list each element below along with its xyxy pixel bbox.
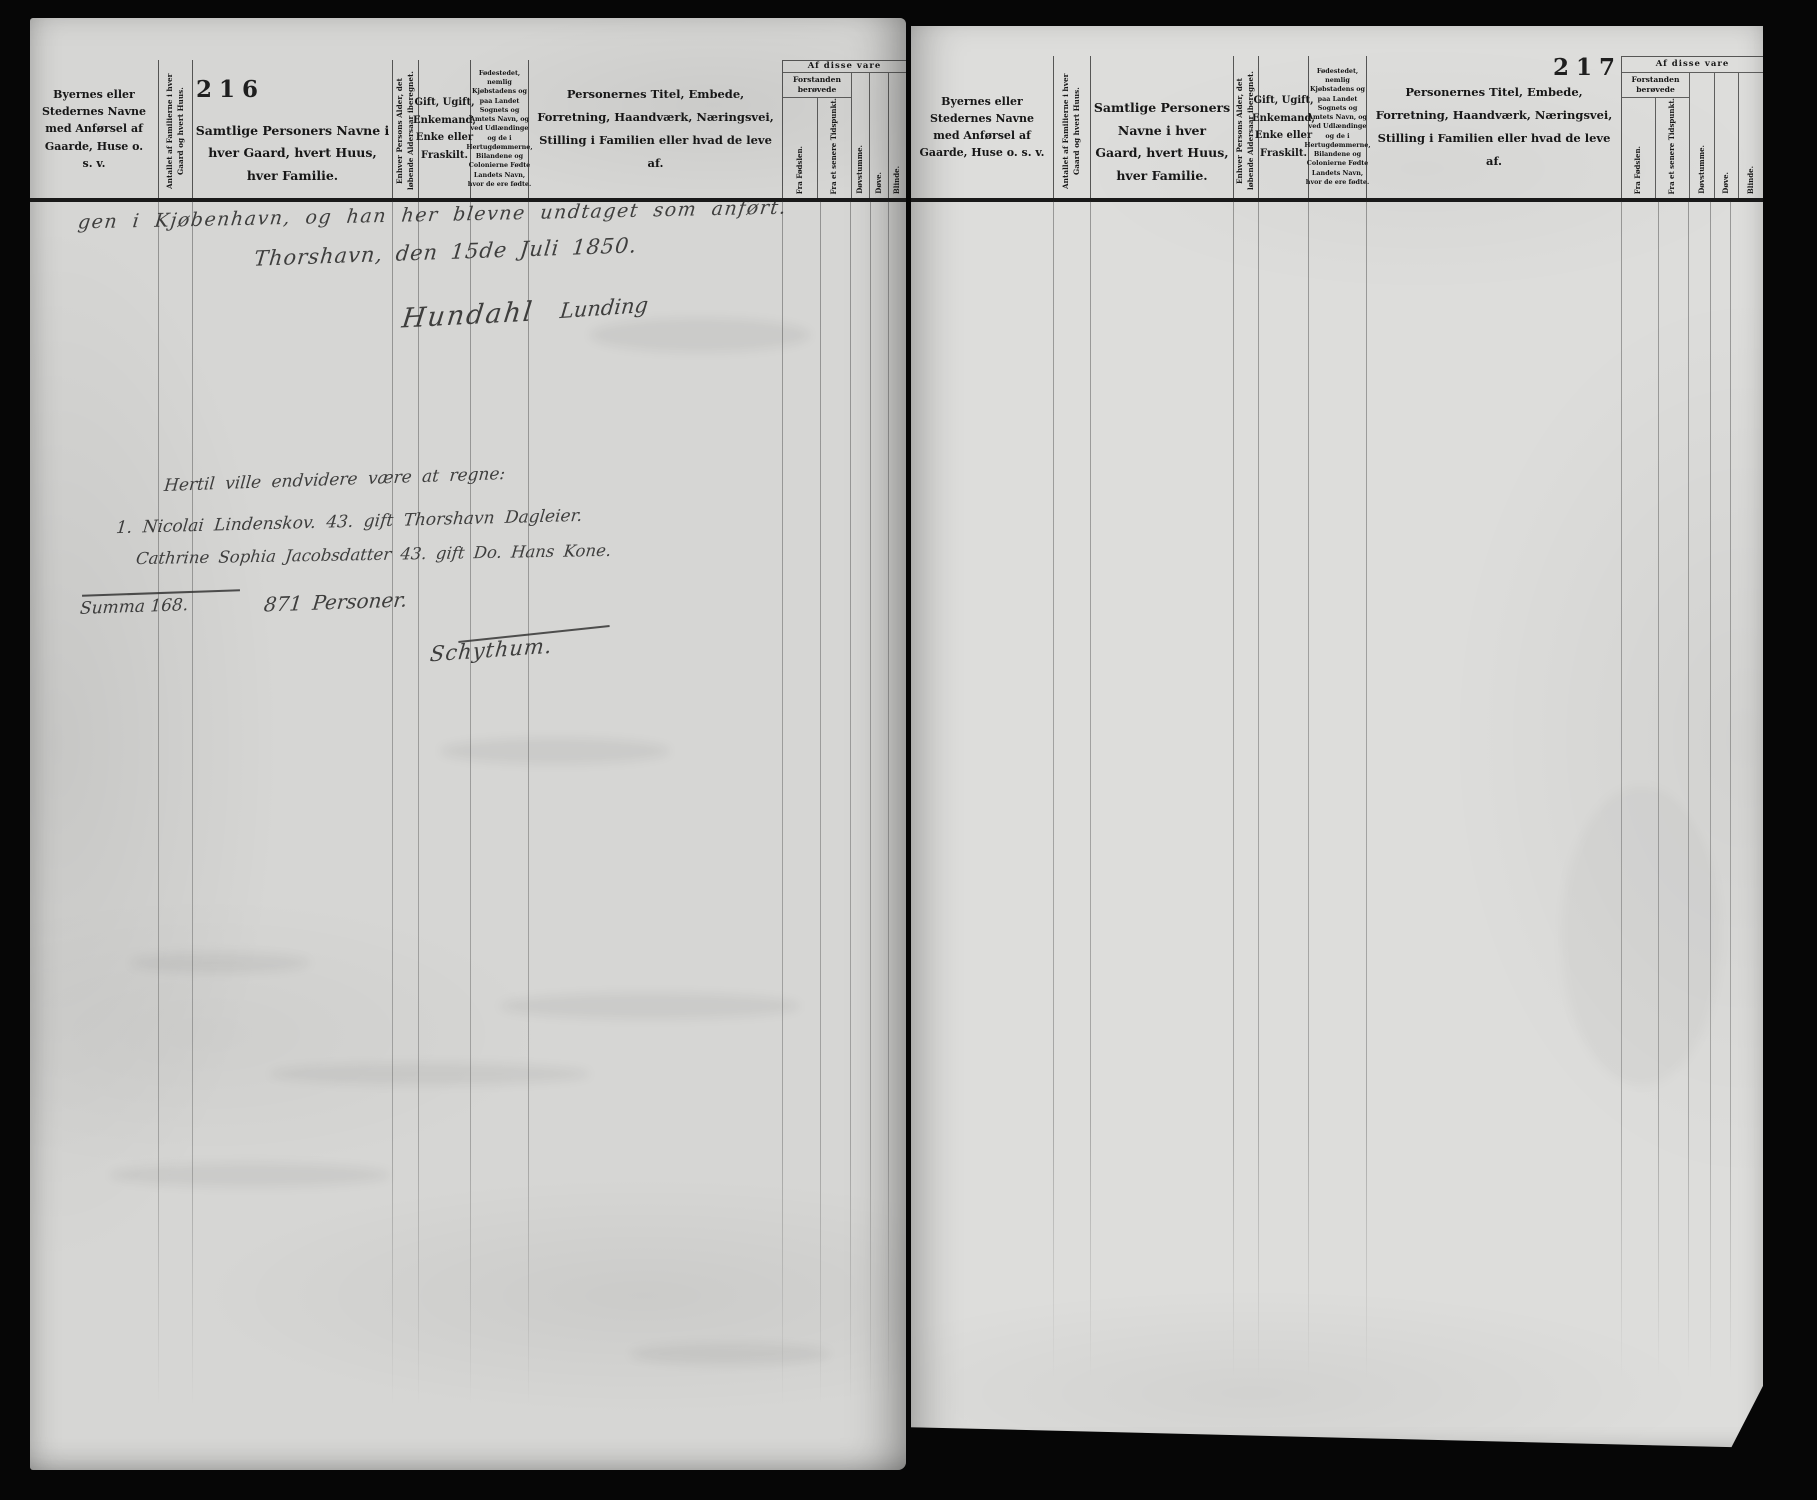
header-subgroup-cols: Fra Fødslen. Fra et senere Tidspunkt. — [1622, 98, 1689, 198]
header-group-statistics: Af disse vare Forstanden berøvede Fra Fø… — [1621, 56, 1763, 198]
handwritten-note-heading: Hertil ville endvidere være at regne: — [163, 464, 506, 496]
header-col-from-birth-label: Fra Fødslen. — [795, 146, 806, 194]
table-header-right: Byernes eller Stedernes Navne med Anførs… — [911, 56, 1763, 202]
header-col-names-label: Samtlige Personers Navne i hver Gaard, h… — [1093, 97, 1231, 197]
table-column-rule — [1621, 201, 1622, 1379]
table-column-rule — [528, 201, 529, 1406]
table-column-rule — [1366, 201, 1367, 1379]
header-col-from-birth: Fra Fødslen. — [1622, 98, 1656, 198]
handwritten-entry-2: Cathrine Sophia Jacobsdatter 43. gift Do… — [135, 541, 612, 568]
header-col-deaf-label: Døve. — [874, 172, 885, 194]
paper-stain — [500, 993, 800, 1019]
header-col-birthplace-label: Fødestedet, nemlig Kjøbstadens og paa La… — [1304, 67, 1370, 188]
header-col-later-time: Fra et senere Tidspunkt. — [818, 98, 852, 198]
header-subgroup-label: Forstanden berøvede — [783, 73, 851, 98]
table-column-rule — [888, 201, 889, 1406]
table-column-rule — [1090, 201, 1091, 1379]
header-col-occupation: Personernes Titel, Embede, Forretning, H… — [1366, 56, 1621, 198]
table-column-rule — [1308, 201, 1309, 1379]
paper-stain — [590, 318, 810, 352]
census-page-right: 217 Byernes eller Stedernes Navne med An… — [911, 26, 1763, 1450]
paper-stain — [130, 953, 310, 973]
header-col-place-label: Byernes eller Stedernes Navne med Anførs… — [32, 86, 156, 171]
header-col-civil-status: Gift, Ugift, Enkemand, Enke eller Fraski… — [418, 60, 470, 198]
header-col-later-time: Fra et senere Tidspunkt. — [1656, 98, 1689, 198]
paper-stain — [630, 1343, 830, 1365]
header-col-family-count-label: Antallet af Familierne i hver Gaard og h… — [1061, 67, 1083, 195]
table-column-rule — [1730, 201, 1731, 1379]
header-group-label: Af disse vare — [1622, 57, 1763, 73]
handwritten-signature-2: Lunding — [559, 293, 649, 323]
header-col-birthplace: Fødestedet, nemlig Kjøbstadens og paa La… — [1308, 56, 1366, 198]
header-col-from-birth-label: Fra Fødslen. — [1633, 146, 1644, 194]
table-column-rule — [392, 201, 393, 1406]
header-col-place: Byernes eller Stedernes Navne med Anførs… — [911, 56, 1053, 198]
header-col-deaf-mute-label: Døvstumme. — [1697, 145, 1708, 194]
paper-stain — [440, 738, 670, 764]
header-col-later-time-label: Fra et senere Tidspunkt. — [829, 98, 840, 194]
handwritten-continuation-line: gen i Kjøbenhavn, og han her blevne undt… — [77, 197, 789, 234]
header-group-body: Forstanden berøvede Fra Fødslen. Fra et … — [1622, 73, 1763, 198]
table-column-rule — [1233, 201, 1234, 1379]
header-col-civil-status: Gift, Ugift, Enkemand, Enke eller Fraski… — [1258, 56, 1308, 198]
table-column-rule — [1710, 201, 1711, 1379]
paper-stain — [1561, 786, 1721, 1086]
header-col-place: Byernes eller Stedernes Navne med Anførs… — [30, 60, 158, 198]
header-col-place-label: Byernes eller Stedernes Navne med Anførs… — [913, 93, 1051, 161]
table-column-rule — [782, 201, 783, 1406]
scanner-background: 216 Byernes eller Stedernes Navne med An… — [0, 0, 1817, 1500]
header-col-from-birth: Fra Fødslen. — [783, 98, 818, 198]
header-col-names: Samtlige Personers Navne i hver Gaard, h… — [192, 60, 392, 198]
handwritten-total-persons: 871 Personer. — [263, 587, 409, 616]
header-col-later-time-label: Fra et senere Tidspunkt. — [1667, 98, 1678, 194]
header-col-deaf-label: Døve. — [1721, 172, 1732, 194]
header-col-family-count: Antallet af Familierne i hver Gaard og h… — [158, 60, 192, 198]
table-column-rule — [470, 201, 471, 1406]
header-col-names-label: Samtlige Personers Navne i hver Gaard, h… — [195, 120, 390, 198]
handwritten-entry-1: 1. Nicolai Lindenskov. 43. gift Thorshav… — [115, 506, 583, 538]
header-col-deaf-mute: Døvstumme. — [1690, 73, 1715, 198]
paper-stain — [270, 1063, 590, 1085]
header-subgroup-label: Forstanden berøvede — [1622, 73, 1689, 98]
header-col-occupation-label: Personernes Titel, Embede, Forretning, H… — [1369, 81, 1619, 173]
header-col-blind: Blinde. — [1739, 73, 1763, 198]
header-group-statistics: Af disse vare Forstanden berøvede Fra Fø… — [782, 60, 906, 198]
table-column-rule — [1688, 201, 1689, 1379]
header-col-occupation: Personernes Titel, Embede, Forretning, H… — [528, 60, 782, 198]
header-subgroup-deranged: Forstanden berøvede Fra Fødslen. Fra et … — [1622, 73, 1690, 198]
header-col-deaf-mute: Døvstumme. — [852, 73, 870, 198]
header-col-deaf: Døve. — [870, 73, 888, 198]
header-subgroup-deranged: Forstanden berøvede Fra Fødslen. Fra et … — [783, 73, 852, 198]
header-col-deaf: Døve. — [1715, 73, 1740, 198]
header-col-deaf-mute-label: Døvstumme. — [855, 145, 866, 194]
table-column-rule — [870, 201, 871, 1406]
table-column-rule — [850, 201, 851, 1406]
header-group-rest: Døvstumme. Døve. Blinde. — [852, 73, 906, 198]
handwritten-summa: Summa 168. — [79, 595, 189, 619]
header-col-blind-label: Blinde. — [1746, 166, 1757, 194]
table-column-rule — [1658, 201, 1659, 1379]
header-col-blind-label: Blinde. — [892, 166, 903, 194]
table-column-rule — [158, 201, 159, 1406]
table-header-left: Byernes eller Stedernes Navne med Anførs… — [30, 60, 906, 202]
census-page-left: 216 Byernes eller Stedernes Navne med An… — [30, 18, 906, 1470]
table-column-rule — [418, 201, 419, 1406]
header-col-birthplace: Fødestedet, nemlig Kjøbstadens og paa La… — [470, 60, 528, 198]
header-col-occupation-label: Personernes Titel, Embede, Forretning, H… — [531, 83, 780, 175]
header-col-blind: Blinde. — [889, 73, 906, 198]
header-col-family-count-label: Antallet af Familierne i hver Gaard og h… — [165, 67, 187, 195]
header-subgroup-cols: Fra Fødslen. Fra et senere Tidspunkt. — [783, 98, 851, 198]
header-col-family-count: Antallet af Familierne i hver Gaard og h… — [1053, 56, 1090, 198]
paper-stain — [110, 1163, 390, 1187]
header-col-birthplace-label: Fødestedet, nemlig Kjøbstadens og paa La… — [466, 69, 532, 190]
table-column-rule — [1053, 201, 1054, 1379]
header-group-body: Forstanden berøvede Fra Fødslen. Fra et … — [783, 73, 906, 198]
header-group-rest: Døvstumme. Døve. Blinde. — [1690, 73, 1763, 198]
header-group-label: Af disse vare — [783, 61, 906, 73]
header-col-names: Samtlige Personers Navne i hver Gaard, h… — [1090, 56, 1233, 198]
table-column-rule — [1258, 201, 1259, 1379]
table-column-rule — [192, 201, 193, 1406]
handwritten-dateline: Thorshavn, den 15de Juli 1850. — [253, 233, 639, 270]
table-column-rule — [820, 201, 821, 1406]
handwritten-signature-3: Schythum. — [429, 634, 554, 667]
handwritten-signature-1: Hundahl — [400, 296, 535, 334]
